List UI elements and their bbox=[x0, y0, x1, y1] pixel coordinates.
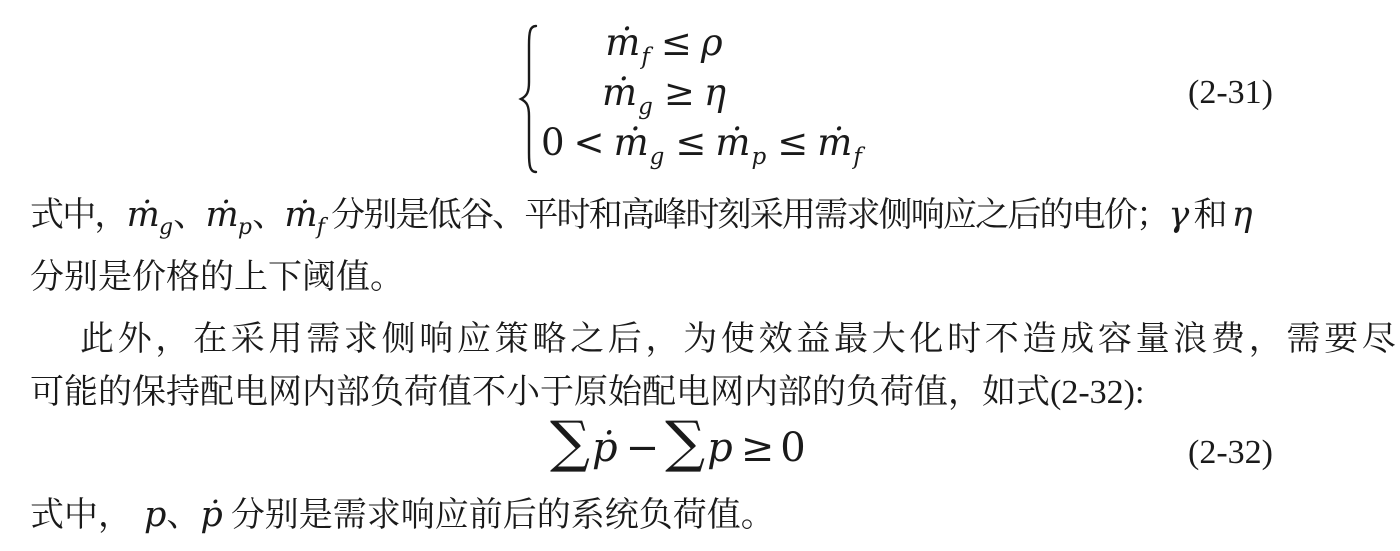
math-subscript: g bbox=[159, 215, 171, 240]
math-var: ṗ bbox=[592, 425, 618, 471]
body-line-2: 分别是价格的上下阈值。 bbox=[30, 255, 404, 301]
math-relation: < bbox=[565, 121, 614, 164]
math-var-gamma: γ bbox=[1168, 195, 1187, 235]
text-run: 和 bbox=[1193, 197, 1225, 234]
body-line-1: 式中，ṁg、ṁp、ṁf分别是低谷、平时和高峰时刻采用需求侧响应之后的电价；γ和η bbox=[30, 192, 1251, 251]
math-var: p bbox=[144, 495, 166, 535]
document-page: ṁf≤ρ ṁg≥η 0<ṁg≤ṁp≤ṁf (2-31) 式中，ṁg、ṁp、ṁf分… bbox=[0, 0, 1400, 551]
text-run: 分别是需求响应前后的系统负荷值。 bbox=[231, 497, 775, 534]
math-relation: ≥ bbox=[735, 425, 781, 471]
math-subscript: g bbox=[638, 94, 653, 120]
math-number: 0 bbox=[541, 121, 565, 164]
text-run: 式中， bbox=[30, 197, 127, 234]
math-relation: ≤ bbox=[652, 21, 701, 64]
equation-label-2-31: (2-31) bbox=[1188, 70, 1273, 116]
math-subscript: g bbox=[650, 144, 665, 170]
math-minus: − bbox=[620, 425, 666, 471]
math-subscript: p bbox=[752, 144, 767, 170]
equation-2-31: ṁf≤ρ ṁg≥η 0<ṁg≤ṁp≤ṁf bbox=[541, 18, 859, 168]
body-line-3: 此外，在采用需求侧响应策略之后，为使效益最大化时不造成容量浪费，需要尽 bbox=[80, 317, 1400, 363]
math-var: ṁ bbox=[284, 195, 315, 235]
math-var: ṁ bbox=[817, 121, 852, 164]
math-relation: ≥ bbox=[655, 71, 704, 114]
math-relation: ≤ bbox=[666, 121, 715, 164]
equation-label-2-32: (2-32) bbox=[1188, 430, 1273, 476]
summation-icon: ∑ bbox=[550, 410, 590, 475]
math-var: η bbox=[704, 71, 726, 114]
enum-comma: 、 bbox=[252, 197, 284, 234]
left-brace-icon bbox=[517, 24, 539, 179]
math-var: ρ bbox=[701, 21, 723, 64]
math-var: ṁ bbox=[605, 21, 640, 64]
equation-2-31-row-2: ṁg≥η bbox=[541, 68, 859, 118]
equation-2-31-row-1: ṁf≤ρ bbox=[541, 18, 859, 68]
math-var: ṁ bbox=[614, 121, 649, 164]
equation-2-31-row-3: 0<ṁg≤ṁp≤ṁf bbox=[541, 118, 859, 168]
enum-comma: 、 bbox=[173, 197, 205, 234]
math-subscript: f bbox=[853, 144, 862, 170]
math-subscript: f bbox=[317, 215, 323, 240]
math-var: p bbox=[707, 425, 733, 471]
math-number: 0 bbox=[780, 425, 805, 471]
body-line-5: 式中，p、ṗ分别是需求响应前后的系统负荷值。 bbox=[30, 492, 775, 539]
text-run: 式中， bbox=[30, 497, 132, 534]
summation-icon: ∑ bbox=[665, 410, 705, 475]
math-var-eta: η bbox=[1232, 195, 1251, 235]
math-relation: ≤ bbox=[768, 121, 817, 164]
math-var: ṁ bbox=[602, 71, 637, 114]
math-subscript: f bbox=[641, 44, 650, 70]
equation-2-32: ∑ṗ−∑p≥0 bbox=[550, 408, 806, 483]
math-subscript: p bbox=[238, 215, 250, 240]
math-var: ṁ bbox=[206, 195, 237, 235]
math-var: ṁ bbox=[715, 121, 750, 164]
enum-comma: 、 bbox=[166, 497, 200, 534]
math-var: ṁ bbox=[127, 195, 158, 235]
math-var: ṗ bbox=[200, 495, 222, 535]
text-run: 分别是低谷、平时和高峰时刻采用需求侧响应之后的电价； bbox=[331, 197, 1168, 234]
